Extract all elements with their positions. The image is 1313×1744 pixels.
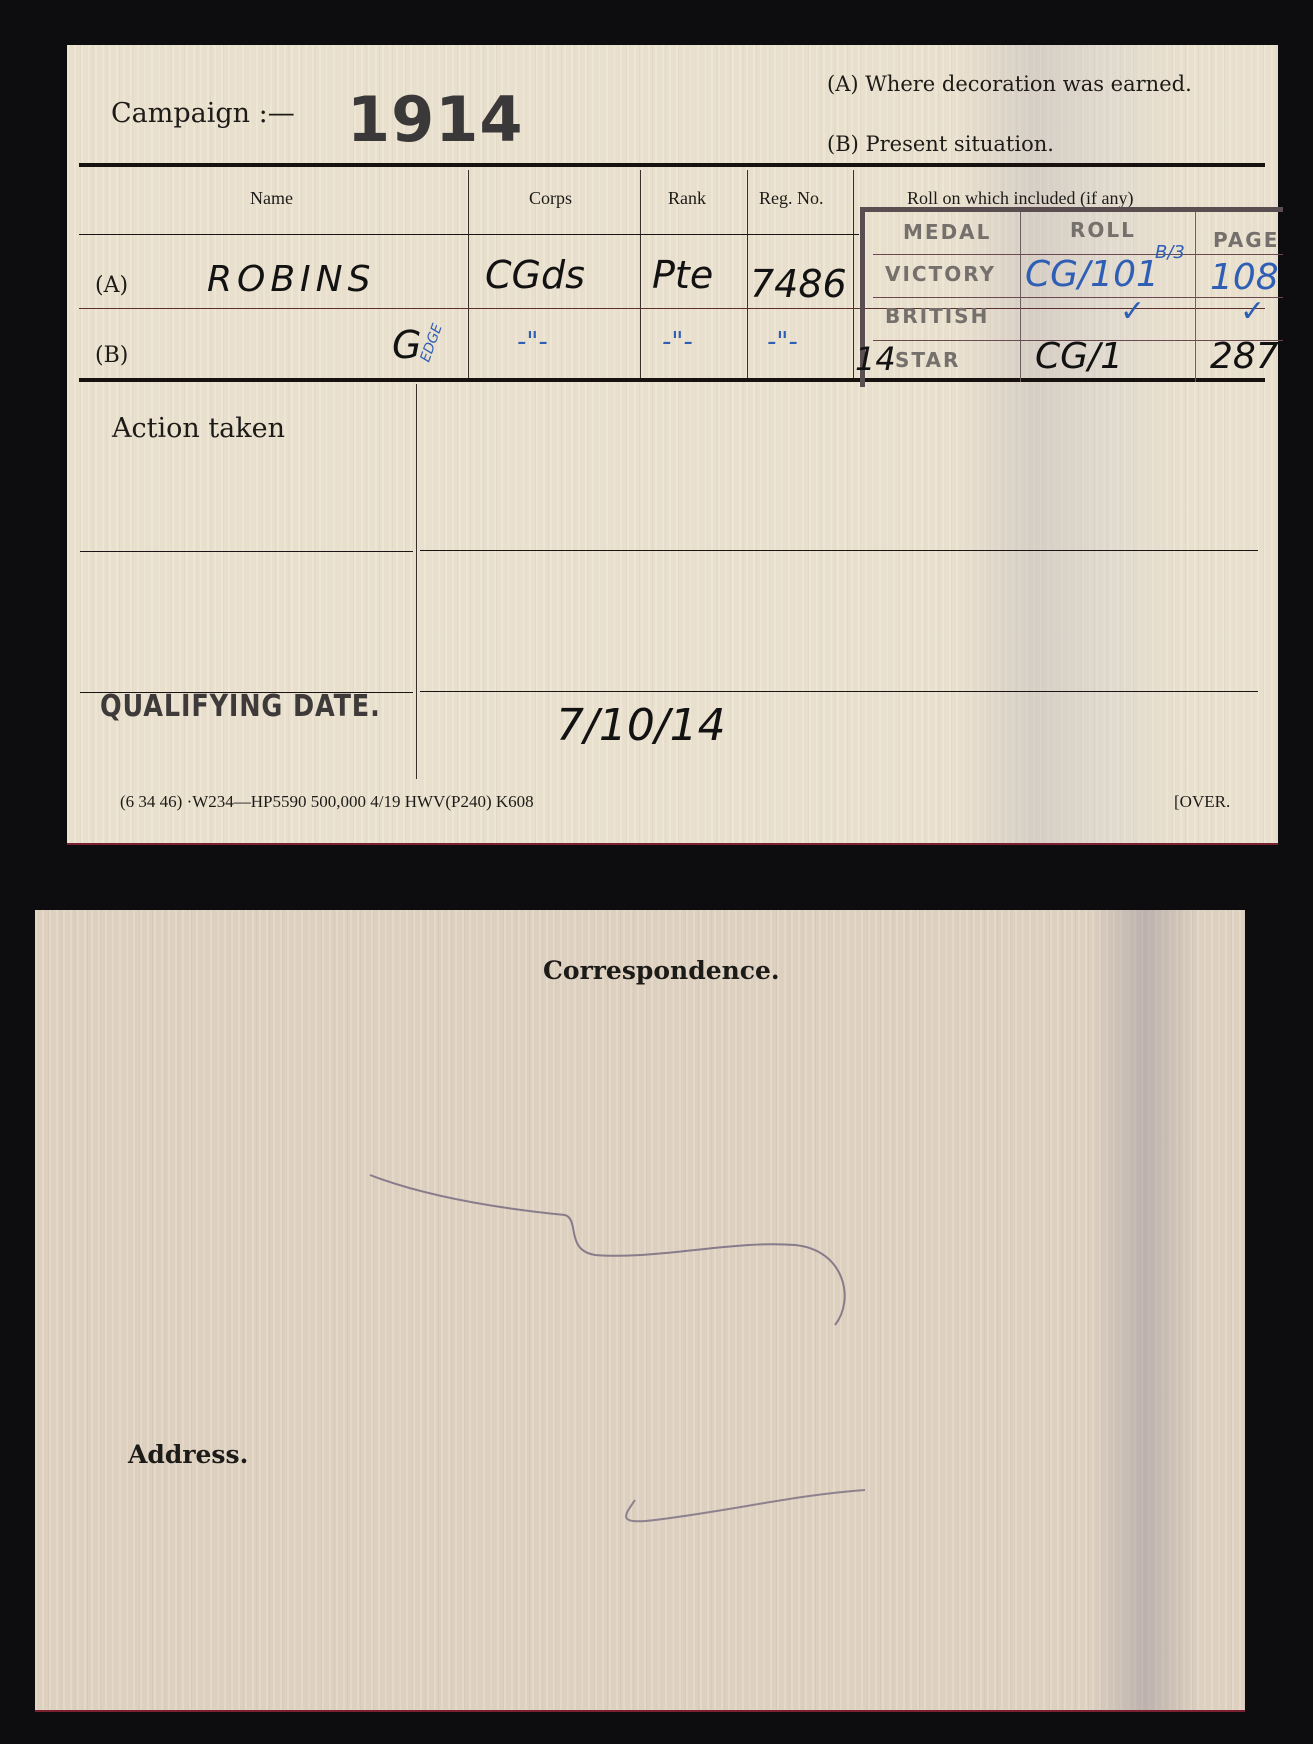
reg-no-value: 7486 <box>750 262 847 306</box>
rank-b-ditto: -"- <box>662 327 693 357</box>
reg-no-b-ditto: -"- <box>767 327 798 357</box>
column-header-rank: Rank <box>668 188 706 209</box>
qualifying-date-stamp: QUALIFYING DATE. <box>100 689 381 724</box>
star-roll-value: CG/1 <box>1035 336 1123 377</box>
column-header-name: Name <box>250 188 293 209</box>
stamp-header-roll: ROLL <box>1070 218 1136 242</box>
british-roll-tick: ✓ <box>1120 294 1145 329</box>
divider <box>640 170 641 380</box>
victory-roll-suffix: B/3 <box>1155 242 1185 263</box>
corps-b-ditto: -"- <box>517 327 548 357</box>
stamp-header-medal: MEDAL <box>903 220 991 244</box>
qualifying-rule <box>420 691 1258 692</box>
campaign-label: Campaign :— <box>111 98 295 129</box>
row-label-a: (A) <box>95 273 128 298</box>
action-divider <box>416 384 417 779</box>
row-label-b: (B) <box>95 343 128 368</box>
row-rule <box>79 234 859 235</box>
stamp-rule <box>873 297 1283 298</box>
medal-roll-stamp: MEDAL ROLL PAGE VICTORY CG/101 B/3 108 B… <box>860 207 1283 387</box>
stamp-medal-british: BRITISH <box>885 304 989 328</box>
qualifying-date-value: 7/10/14 <box>556 700 726 751</box>
name-b-note: EDGE <box>417 322 445 364</box>
divider <box>468 170 469 380</box>
corps-value: CGds <box>485 253 585 297</box>
british-page-tick: ✓ <box>1240 294 1265 329</box>
note-present-situation: (B) Present situation. <box>827 132 1054 156</box>
victory-page-value: 108 <box>1210 257 1279 298</box>
action-rule <box>80 551 413 552</box>
pencil-squiggle-marks <box>35 910 1245 1710</box>
campaign-year-stamp: 1914 <box>347 83 524 156</box>
stamp-medal-star: STAR <box>895 348 960 372</box>
star-page-value: 287 <box>1210 336 1279 377</box>
over-label: [OVER. <box>1174 792 1230 812</box>
name-value: ROBINS <box>207 259 375 300</box>
divider <box>853 170 854 380</box>
column-header-reg-no: Reg. No. <box>759 188 824 209</box>
stamp-medal-victory: VICTORY <box>885 262 996 286</box>
star-prefix-14: 14 <box>855 340 896 378</box>
divider <box>747 170 748 380</box>
action-taken-label: Action taken <box>112 413 285 444</box>
column-header-roll: Roll on which included (if any) <box>907 188 1133 209</box>
column-header-corps: Corps <box>529 188 572 209</box>
stamp-header-page: PAGE <box>1213 228 1279 252</box>
rank-value: Pte <box>652 253 713 297</box>
action-rule <box>420 550 1258 551</box>
victory-roll-value: CG/101 <box>1025 254 1159 295</box>
note-where-earned: (A) Where decoration was earned. <box>827 72 1192 96</box>
header-rule <box>79 163 1265 167</box>
medal-card-back: Correspondence. Address. <box>35 910 1245 1712</box>
name-b-value: G <box>392 323 421 367</box>
form-print-code: (6 34 46) ·W234—HP5590 500,000 4/19 HWV(… <box>120 792 534 812</box>
